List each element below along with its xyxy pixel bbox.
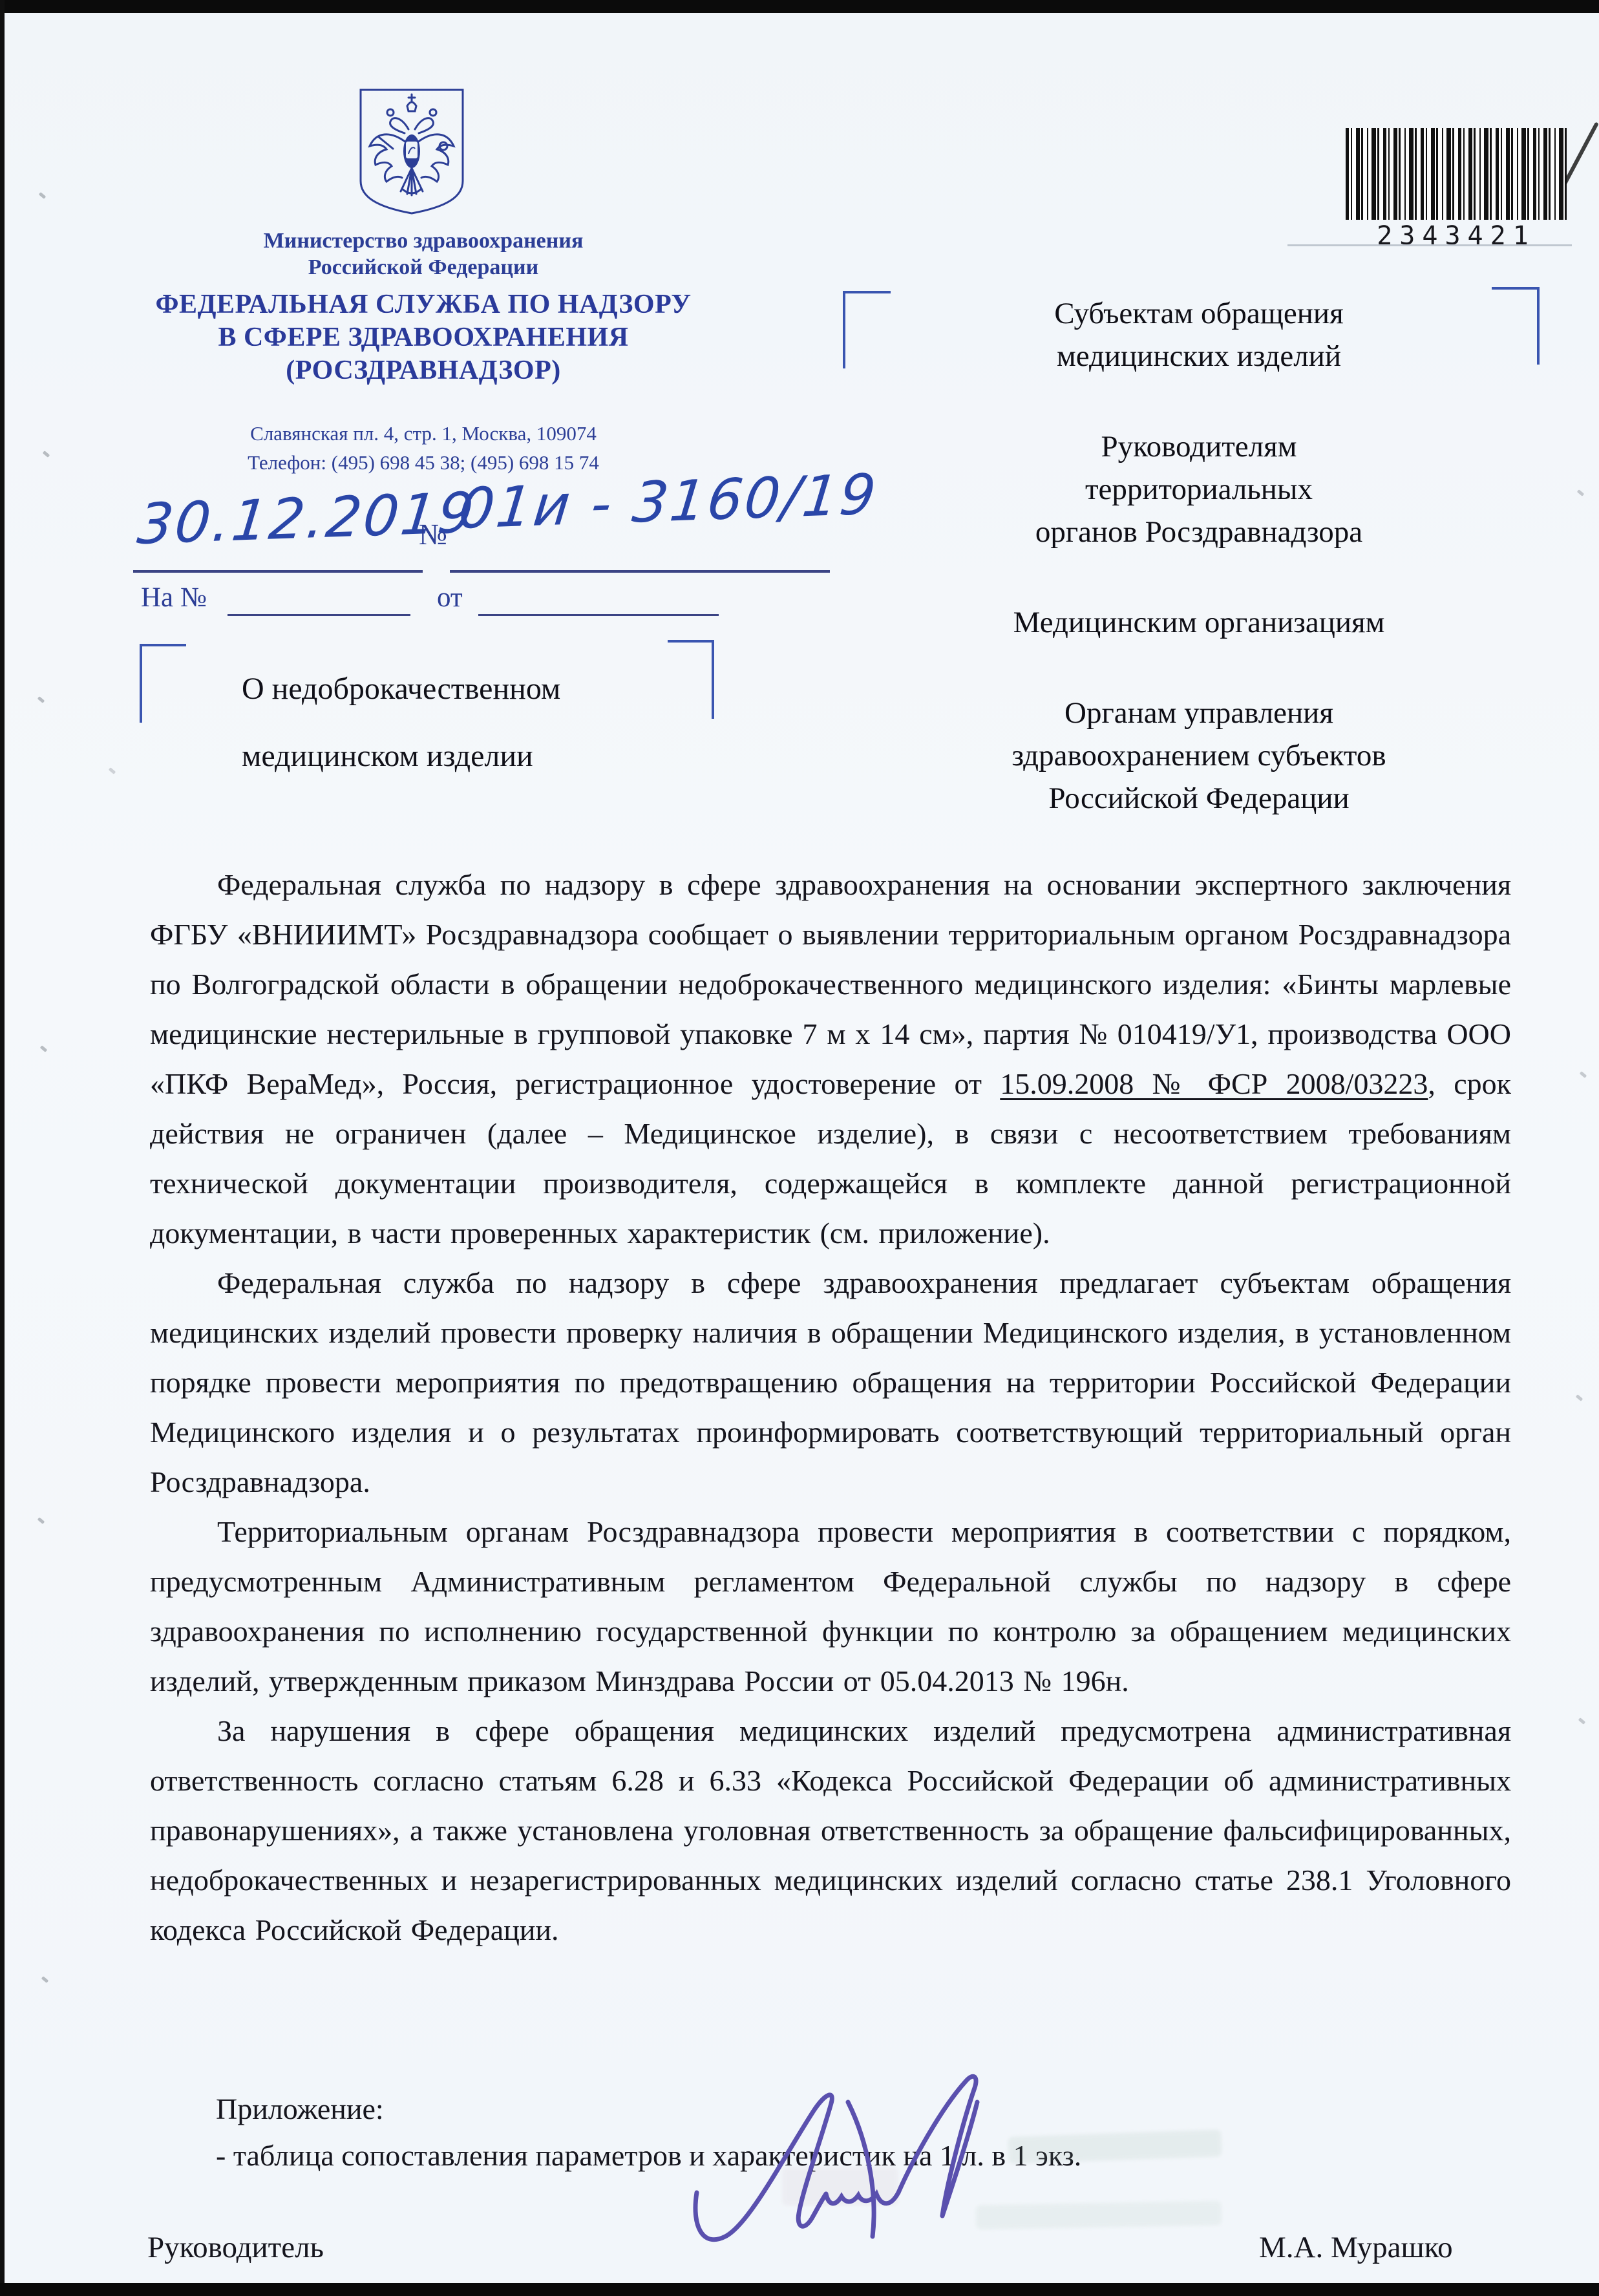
corner-mark-icon bbox=[668, 640, 714, 719]
recipients-block: Субъектам обращения медицинских изделий … bbox=[860, 292, 1538, 867]
letter-body: Федеральная служба по надзору в сфере зд… bbox=[150, 860, 1511, 1955]
recipient-item: Субъектам обращения медицинских изделий bbox=[860, 292, 1538, 377]
barcode: 2343421 bbox=[1346, 128, 1567, 251]
scan-speck bbox=[37, 1517, 45, 1524]
registration-certificate-ref: 15.09.2008 № ФСР 2008/03223 bbox=[1000, 1067, 1428, 1100]
signer-name: М.А. Мурашко bbox=[1259, 2230, 1453, 2265]
scan-speck bbox=[43, 451, 50, 458]
letterhead-address: Славянская пл. 4, стр. 1, Москва, 109074 bbox=[100, 419, 747, 448]
scan-speck bbox=[1577, 489, 1585, 496]
scan-speck bbox=[41, 1976, 49, 1983]
recipient-item: Руководителям территориальных органов Ро… bbox=[860, 425, 1538, 553]
body-paragraph: За нарушения в сфере обращения медицинск… bbox=[150, 1706, 1511, 1955]
scan-speck bbox=[39, 192, 47, 199]
reply-to-number-label: На № bbox=[141, 582, 207, 613]
body-paragraph: Федеральная служба по надзору в сфере зд… bbox=[150, 1258, 1511, 1507]
signer-position: Руководитель bbox=[147, 2230, 324, 2265]
scanned-letter-page: Министерство здравоохранения Российской … bbox=[0, 0, 1599, 2296]
body-paragraph: Федеральная служба по надзору в сфере зд… bbox=[150, 860, 1511, 1258]
body-paragraph: Территориальным органам Росздравнадзора … bbox=[150, 1507, 1511, 1706]
reply-number-underline bbox=[228, 614, 410, 616]
service-title: ФЕДЕРАЛЬНАЯ СЛУЖБА ПО НАДЗОРУ В СФЕРЕ ЗД… bbox=[71, 288, 776, 387]
scan-speck bbox=[40, 1045, 48, 1052]
reply-from-label: от bbox=[437, 582, 463, 613]
barcode-number: 2343421 bbox=[1346, 221, 1567, 251]
letter-subject: О недоброкачественном медицинском издели… bbox=[242, 655, 668, 790]
recipient-item: Медицинским организациям bbox=[860, 601, 1538, 644]
barcode-bars-icon bbox=[1346, 128, 1567, 220]
scan-speck bbox=[1576, 1394, 1583, 1401]
scan-edge-top bbox=[0, 0, 1599, 13]
recipient-item: Органам управления здравоохранением субъ… bbox=[860, 692, 1538, 820]
scan-edge-left bbox=[0, 0, 5, 2296]
signature-icon bbox=[685, 2063, 989, 2277]
number-underline bbox=[450, 570, 830, 573]
coat-of-arms-icon bbox=[357, 87, 467, 217]
scan-speck bbox=[1578, 1717, 1586, 1725]
corner-mark-icon bbox=[140, 644, 186, 723]
faint-stamp-mark bbox=[976, 2201, 1222, 2230]
paragraph-text: Федеральная служба по надзору в сфере зд… bbox=[150, 868, 1511, 1100]
scan-edge-bottom bbox=[0, 2283, 1599, 2296]
reply-date-underline bbox=[478, 614, 719, 616]
ministry-title: Министерство здравоохранения Российской … bbox=[100, 228, 747, 281]
scan-speck bbox=[37, 696, 45, 703]
number-sign: № bbox=[419, 517, 447, 551]
scan-speck bbox=[109, 767, 116, 774]
faint-stamp-mark bbox=[1008, 2129, 1222, 2163]
barcode-underline bbox=[1287, 244, 1572, 246]
scan-speck bbox=[1580, 1071, 1587, 1078]
date-underline bbox=[133, 570, 423, 573]
attachment-label: Приложение: bbox=[216, 2092, 384, 2126]
